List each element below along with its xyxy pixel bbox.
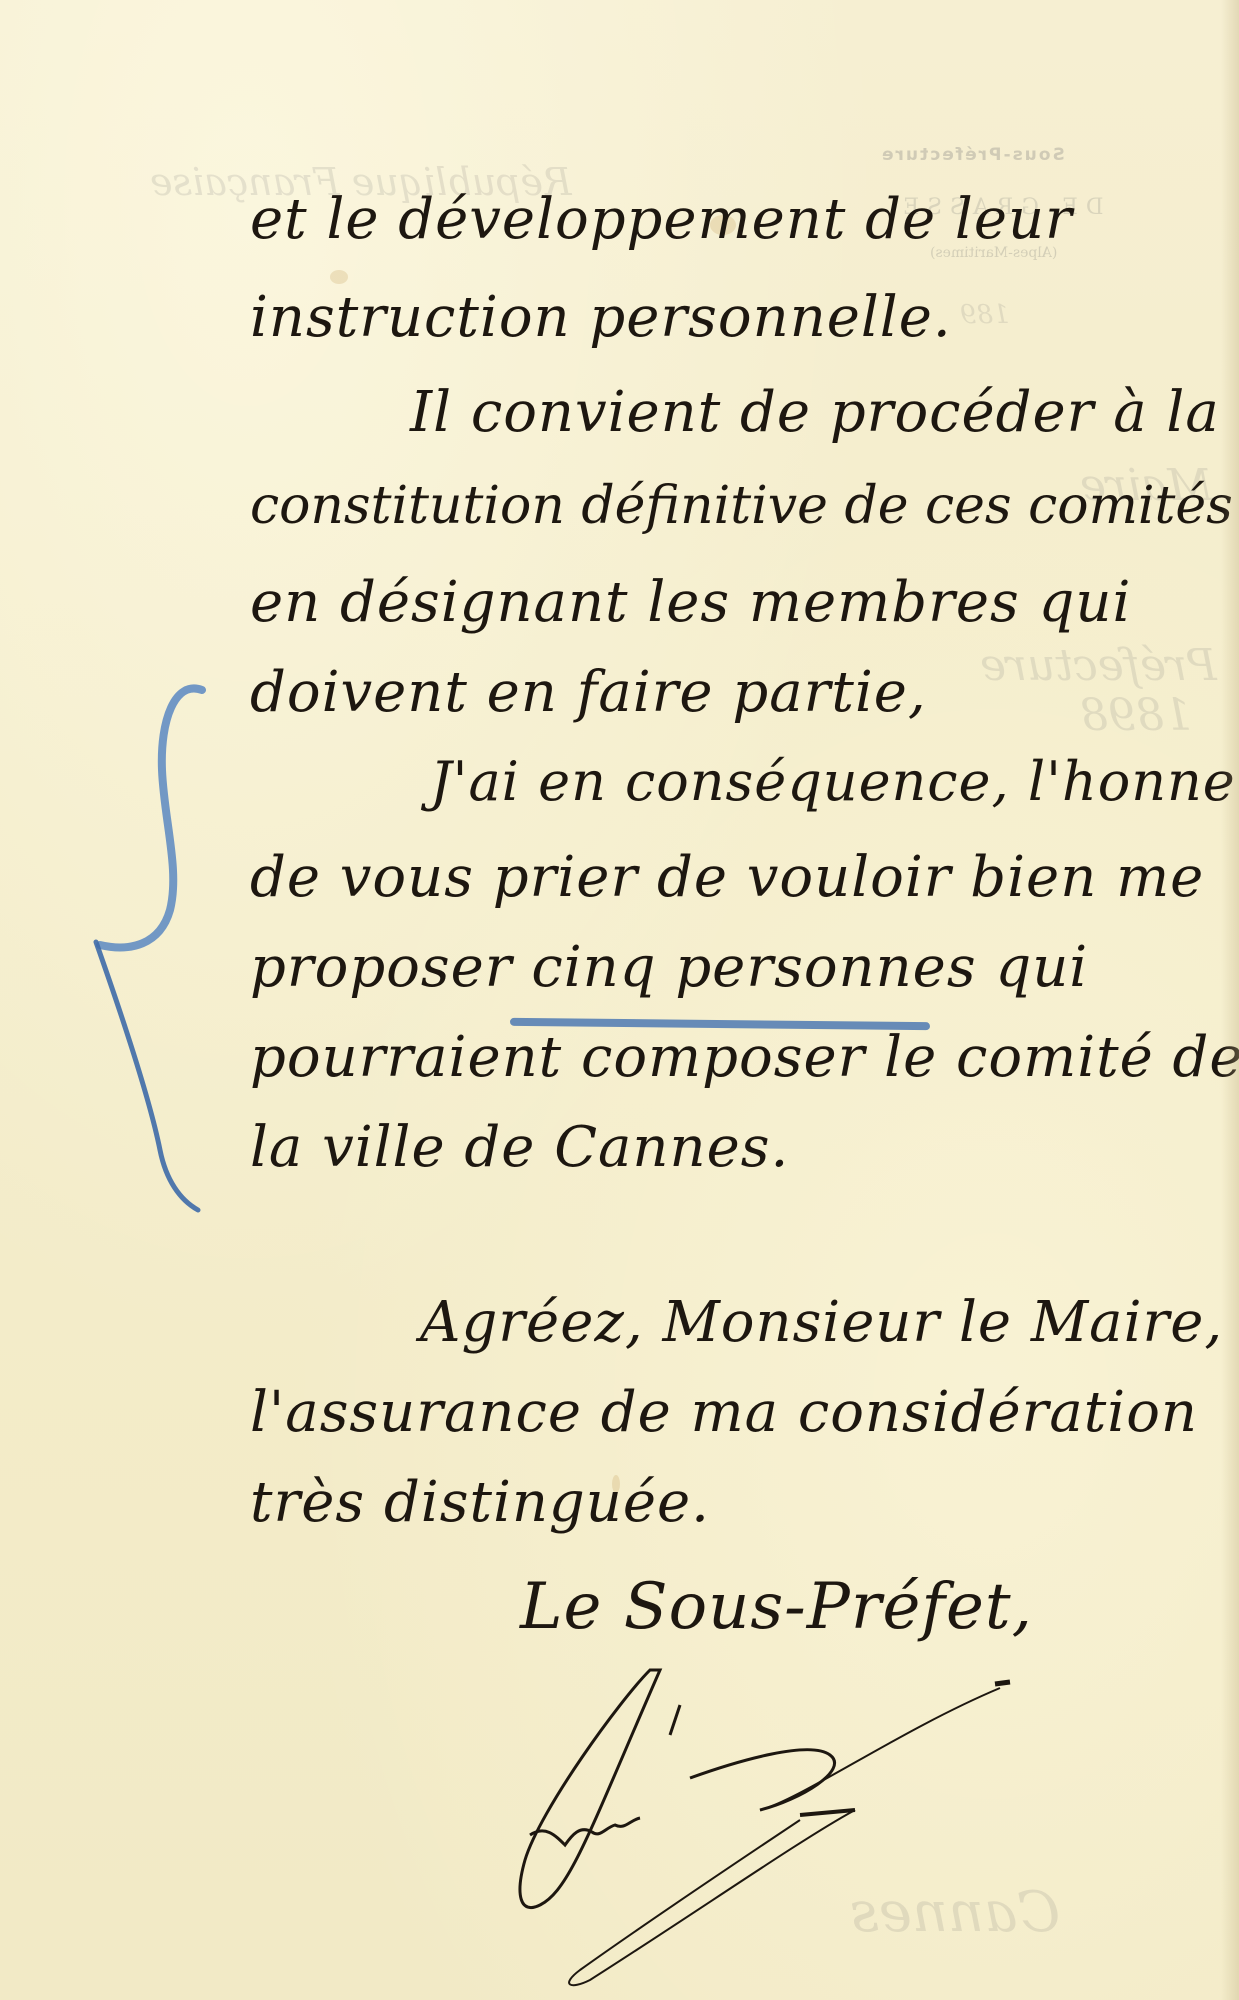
letter-line: la ville de Cannes. bbox=[250, 1120, 789, 1176]
paper-stain bbox=[330, 270, 348, 284]
letter-line: Agréez, Monsieur le Maire, bbox=[420, 1295, 1223, 1351]
letter-line: très distinguée. bbox=[250, 1475, 710, 1531]
letter-line: et le développement de leur bbox=[250, 192, 1073, 248]
closing-title: Le Sous-Préfet, bbox=[520, 1575, 1033, 1639]
signature-scribble bbox=[500, 1660, 1020, 1990]
letterhead-bleed-year: 189 bbox=[960, 300, 1010, 330]
letter-line: instruction personnelle. bbox=[250, 290, 952, 346]
page-edge-shadow bbox=[1221, 0, 1239, 2000]
letter-line: doivent en faire partie, bbox=[250, 665, 927, 721]
letter-page: Sous-Préfecture DE GRASSE (Alpes-Maritim… bbox=[0, 0, 1239, 2000]
bleed-text: 1898 bbox=[1080, 690, 1192, 741]
bleed-text: Préfecture bbox=[980, 640, 1217, 691]
letter-line: J'ai en conséquence, l'honneur bbox=[430, 755, 1239, 809]
letter-line: Il convient de procéder à la bbox=[410, 385, 1220, 441]
letter-line: en désignant les membres qui bbox=[250, 575, 1131, 631]
blue-bracket-annotation bbox=[90, 680, 220, 1220]
letterhead-bleed-line1: Sous-Préfecture bbox=[880, 145, 1065, 165]
letter-line: l'assurance de ma considération bbox=[250, 1385, 1198, 1441]
letter-line: de vous prier de vouloir bien me bbox=[250, 850, 1204, 906]
letter-line: constitution définitive de ces comités bbox=[250, 480, 1233, 532]
letter-line: pourraient composer le comité de bbox=[250, 1030, 1239, 1086]
letter-line: proposer cinq personnes qui bbox=[250, 940, 1088, 996]
